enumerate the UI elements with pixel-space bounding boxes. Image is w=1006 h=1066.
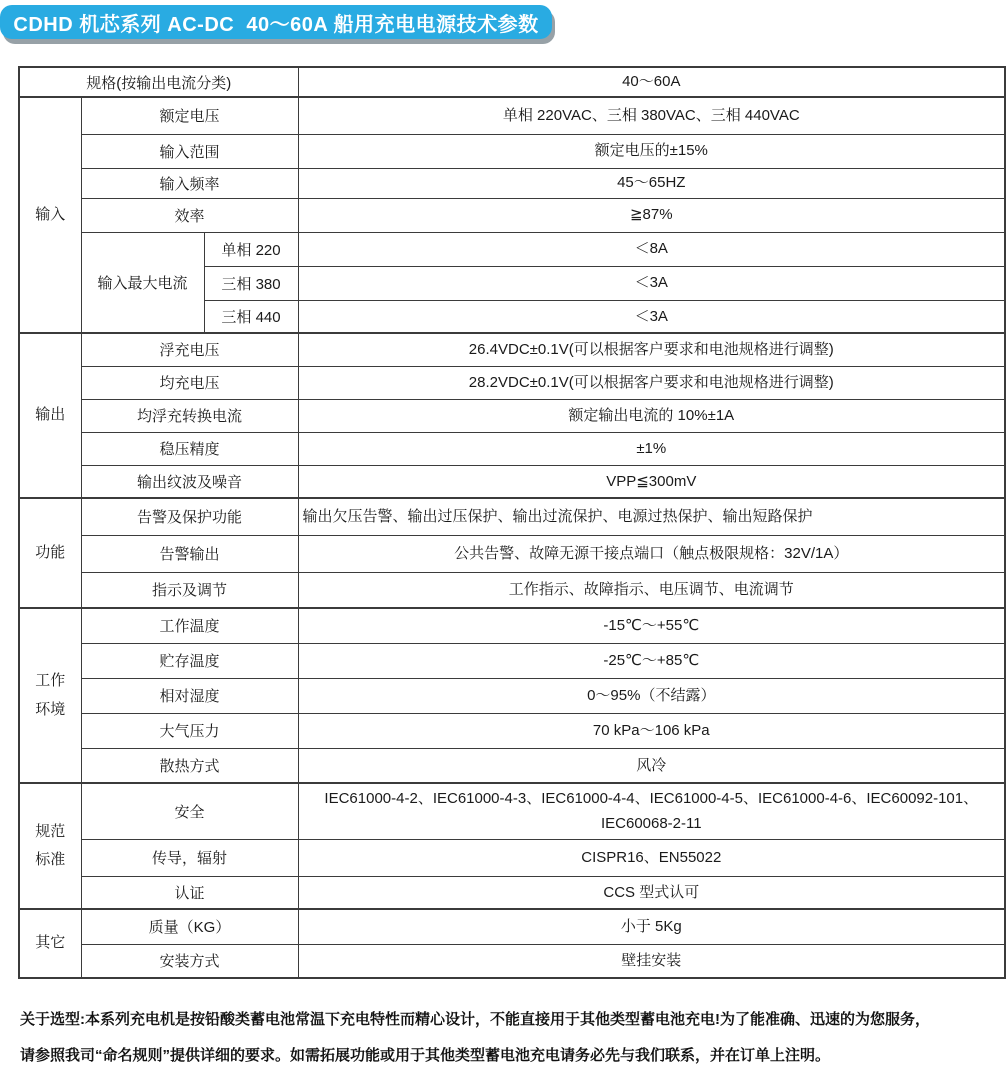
voltage-regulation-label: 稳压精度 [81,432,298,465]
weight-value: 小于 5Kg [298,909,1005,944]
mounting-value: 壁挂安装 [298,944,1005,978]
input-frequency-value: 45～65HZ [298,168,1005,198]
section-label-environment: 工作 环境 [19,608,81,783]
three-phase-380-label: 三相 380 [204,266,298,300]
section-label-function: 功能 [19,498,81,608]
certification-value: CCS 型式认可 [298,876,1005,909]
equalize-voltage-label: 均充电压 [81,366,298,399]
max-input-current-label: 输入最大电流 [81,232,204,333]
alarm-output-value: 公共告警、故障无源干接点端口（触点极限规格：32V/1A） [298,535,1005,572]
storage-temp-value: -25℃～+85℃ [298,643,1005,678]
safety-label: 安全 [81,783,298,839]
weight-label: 质量（KG） [81,909,298,944]
section-label-input: 输入 [19,97,81,333]
conduction-radiation-value: CISPR16、EN55022 [298,839,1005,876]
float-voltage-label: 浮充电压 [81,333,298,366]
alarm-output-label: 告警输出 [81,535,298,572]
input-frequency-label: 输入频率 [81,168,298,198]
eq-float-switch-current-label: 均浮充转换电流 [81,399,298,432]
humidity-label: 相对湿度 [81,678,298,713]
float-voltage-value: 26.4VDC±0.1V(可以根据客户要求和电池规格进行调整) [298,333,1005,366]
voltage-regulation-value: ±1% [298,432,1005,465]
three-phase-380-value: ＜3A [298,266,1005,300]
equalize-voltage-value: 28.2VDC±0.1V(可以根据客户要求和电池规格进行调整) [298,366,1005,399]
spec-row-value: 40～60A [298,67,1005,97]
eq-float-switch-current-value: 额定输出电流的 10%±1A [298,399,1005,432]
selection-note-line1: 关于选型:本系列充电机是按铅酸类蓄电池常温下充电特性而精心设计，不能直接用于其他… [20,1002,998,1038]
section-label-others: 其它 [19,909,81,978]
cooling-value: 风冷 [298,748,1005,783]
working-temp-label: 工作温度 [81,608,298,643]
page-title: CDHD 机芯系列 AC-DC 40～60A 船用充电电源技术参数 [13,8,538,37]
single-phase-220-label: 单相 220 [204,232,298,266]
spec-table: 规格(按输出电流分类) 40～60A 输入 额定电压 单相 220VAC、三相 … [18,66,1006,979]
selection-note: 关于选型:本系列充电机是按铅酸类蓄电池常温下充电特性而精心设计，不能直接用于其他… [20,1002,998,1066]
mounting-label: 安装方式 [81,944,298,978]
ripple-noise-value: VPP≦300mV [298,465,1005,498]
working-temp-value: -15℃～+55℃ [298,608,1005,643]
alarm-protection-value: 输出欠压告警、输出过压保护、输出过流保护、电源过热保护、输出短路保护 [298,498,1005,535]
rated-voltage-value: 单相 220VAC、三相 380VAC、三相 440VAC [298,97,1005,134]
safety-value: IEC61000-4-2、IEC61000-4-3、IEC61000-4-4、I… [298,783,1005,839]
rated-voltage-label: 额定电压 [81,97,298,134]
indication-adjustment-label: 指示及调节 [81,572,298,608]
air-pressure-value: 70 kPa～106 kPa [298,713,1005,748]
alarm-protection-label: 告警及保护功能 [81,498,298,535]
air-pressure-label: 大气压力 [81,713,298,748]
humidity-value: 0～95%（不结露） [298,678,1005,713]
indication-adjustment-value: 工作指示、故障指示、电压调节、电流调节 [298,572,1005,608]
ripple-noise-label: 输出纹波及噪音 [81,465,298,498]
single-phase-220-value: ＜8A [298,232,1005,266]
efficiency-label: 效率 [81,198,298,232]
certification-label: 认证 [81,876,298,909]
efficiency-value: ≧87% [298,198,1005,232]
three-phase-440-value: ＜3A [298,300,1005,333]
storage-temp-label: 贮存温度 [81,643,298,678]
three-phase-440-label: 三相 440 [204,300,298,333]
input-range-value: 额定电压的±15% [298,134,1005,168]
conduction-radiation-label: 传导，辐射 [81,839,298,876]
section-label-standards: 规范 标准 [19,783,81,909]
section-label-output: 输出 [19,333,81,498]
input-range-label: 输入范围 [81,134,298,168]
page: CDHD 机芯系列 AC-DC 40～60A 船用充电电源技术参数 规格(按输出… [0,0,1006,1066]
spec-row-label: 规格(按输出电流分类) [19,67,298,97]
title-banner: CDHD 机芯系列 AC-DC 40～60A 船用充电电源技术参数 [0,5,552,39]
cooling-label: 散热方式 [81,748,298,783]
selection-note-line2: 请参照我司“命名规则”提供详细的要求。如需拓展功能或用于其他类型蓄电池充电请务必… [20,1038,998,1066]
